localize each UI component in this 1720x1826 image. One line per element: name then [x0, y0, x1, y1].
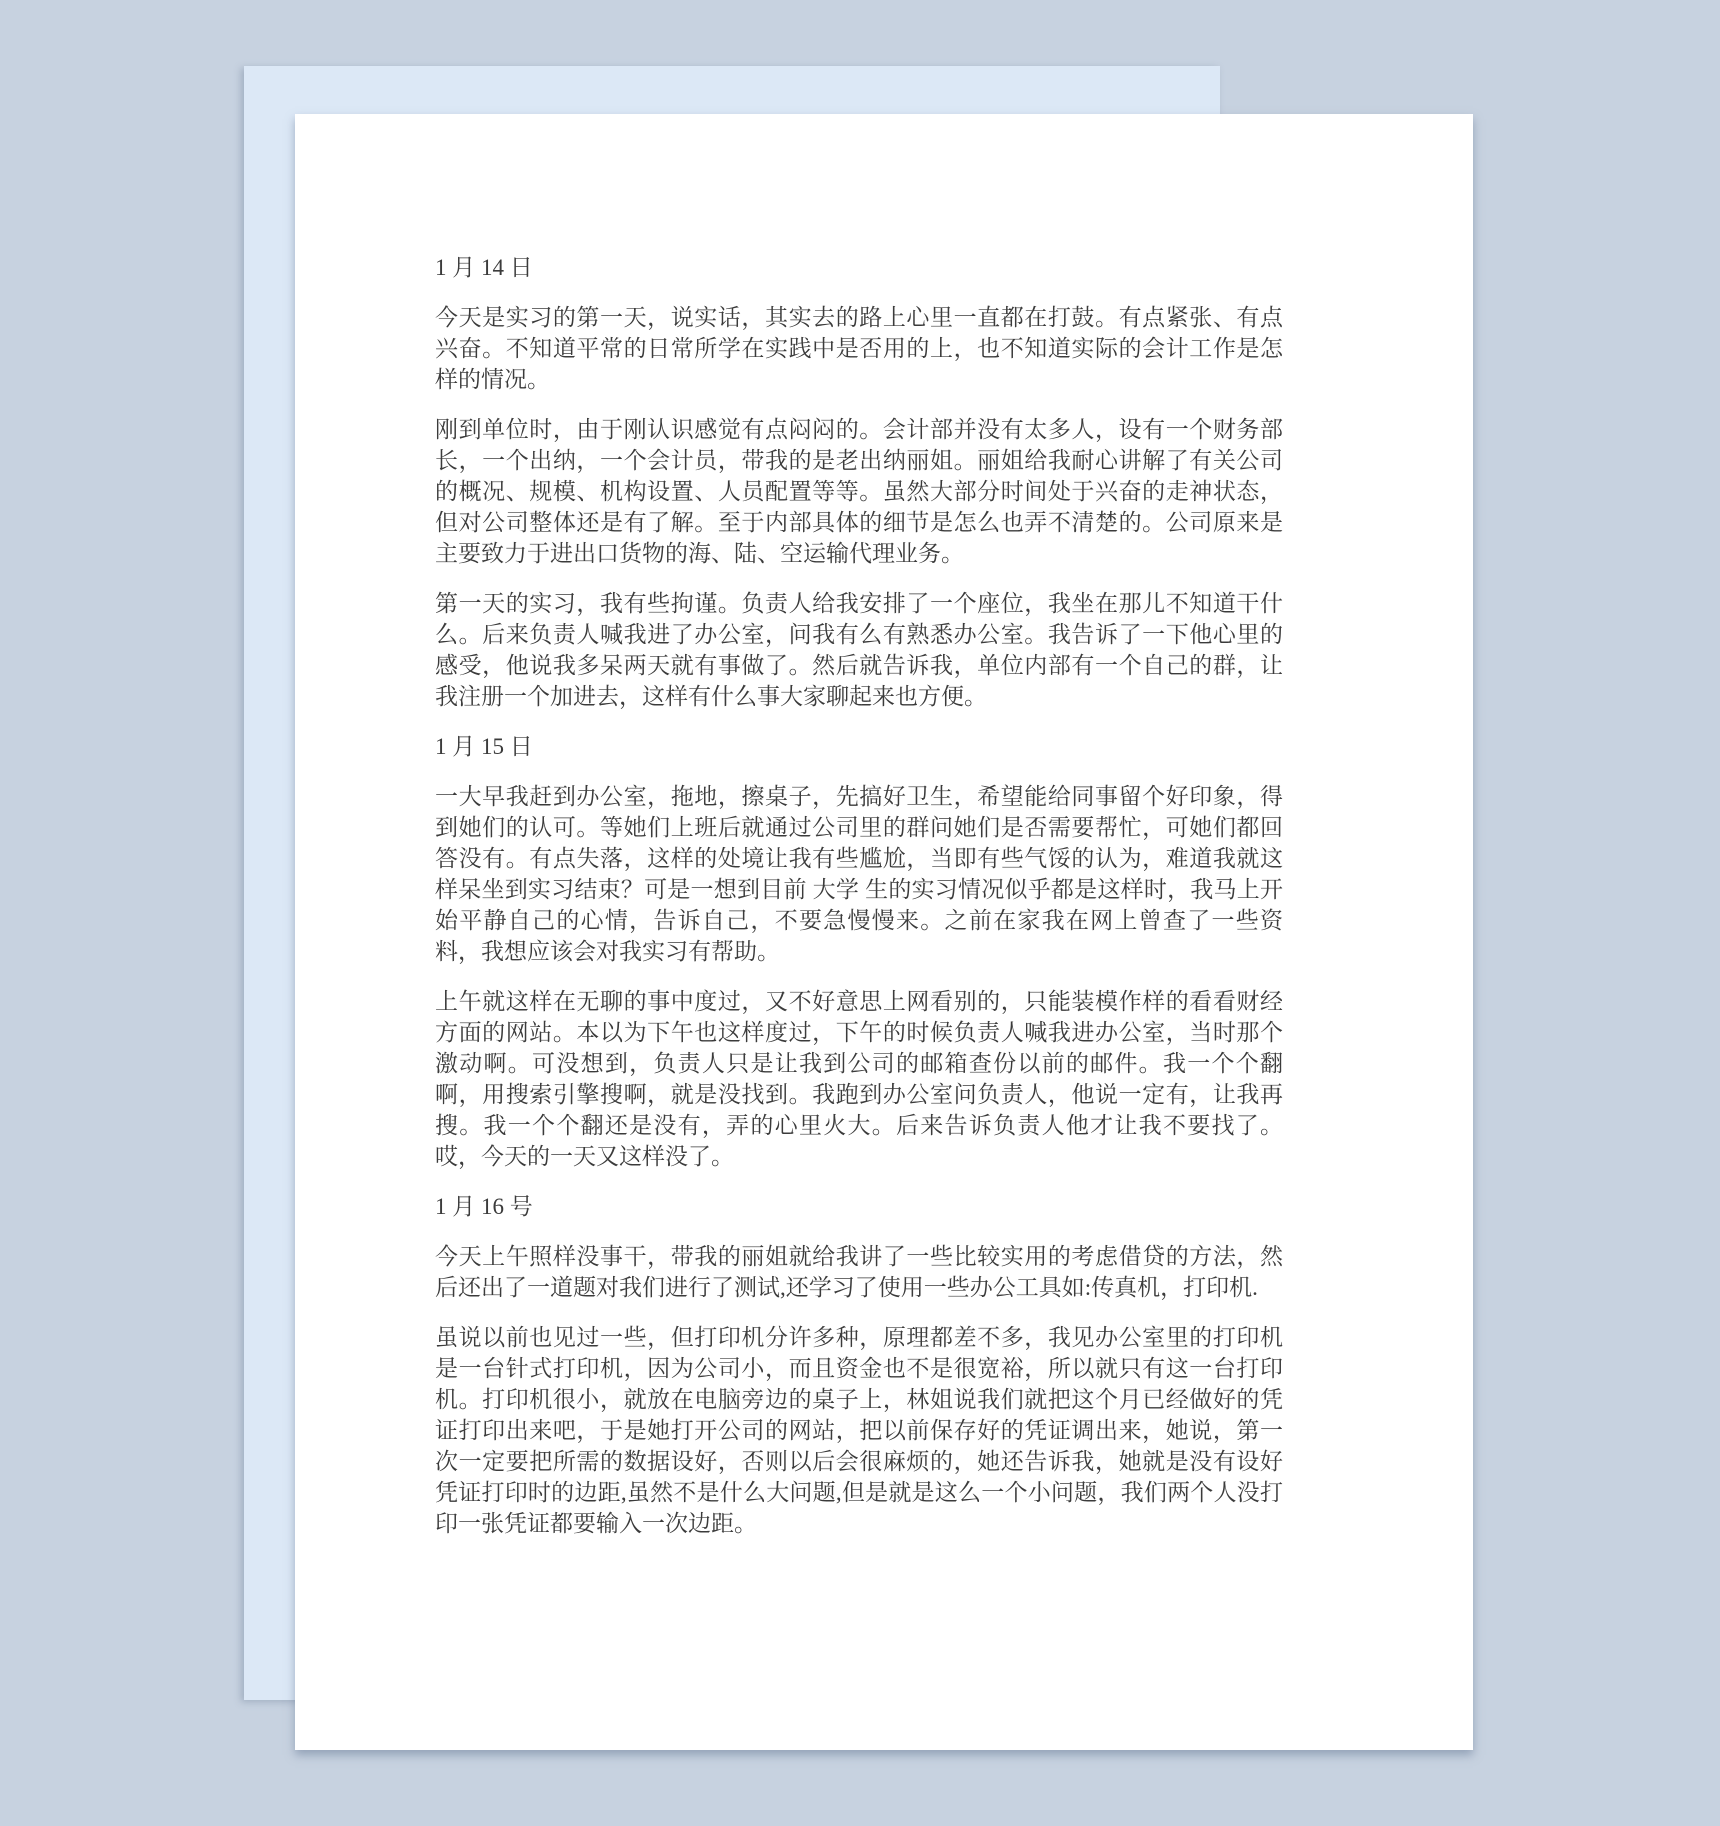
desktop-background: 1 月 14 日 今天是实习的第一天，说实话，其实去的路上心里一直都在打鼓。有点…: [0, 0, 1720, 1826]
diary-paragraph: 上午就这样在无聊的事中度过，又不好意思上网看别的，只能装模作样的看看财经方面的网…: [435, 986, 1283, 1172]
diary-paragraph: 刚到单位时，由于刚认识感觉有点闷闷的。会计部并没有太多人，设有一个财务部长，一个…: [435, 414, 1283, 569]
document-page: 1 月 14 日 今天是实习的第一天，说实话，其实去的路上心里一直都在打鼓。有点…: [295, 114, 1473, 1750]
diary-paragraph: 今天是实习的第一天，说实话，其实去的路上心里一直都在打鼓。有点紧张、有点兴奋。不…: [435, 302, 1283, 395]
date-heading: 1 月 15 日: [435, 731, 1283, 762]
diary-paragraph: 一大早我赶到办公室，拖地，擦桌子，先搞好卫生，希望能给同事留个好印象，得到她们的…: [435, 781, 1283, 967]
diary-paragraph: 虽说以前也见过一些，但打印机分许多种，原理都差不多，我见办公室里的打印机是一台针…: [435, 1322, 1283, 1539]
document-content: 1 月 14 日 今天是实习的第一天，说实话，其实去的路上心里一直都在打鼓。有点…: [435, 252, 1283, 1558]
diary-paragraph: 今天上午照样没事干，带我的丽姐就给我讲了一些比较实用的考虑借贷的方法，然后还出了…: [435, 1241, 1283, 1303]
date-heading: 1 月 16 号: [435, 1191, 1283, 1222]
date-heading: 1 月 14 日: [435, 252, 1283, 283]
diary-paragraph: 第一天的实习，我有些拘谨。负责人给我安排了一个座位，我坐在那儿不知道干什么。后来…: [435, 588, 1283, 712]
